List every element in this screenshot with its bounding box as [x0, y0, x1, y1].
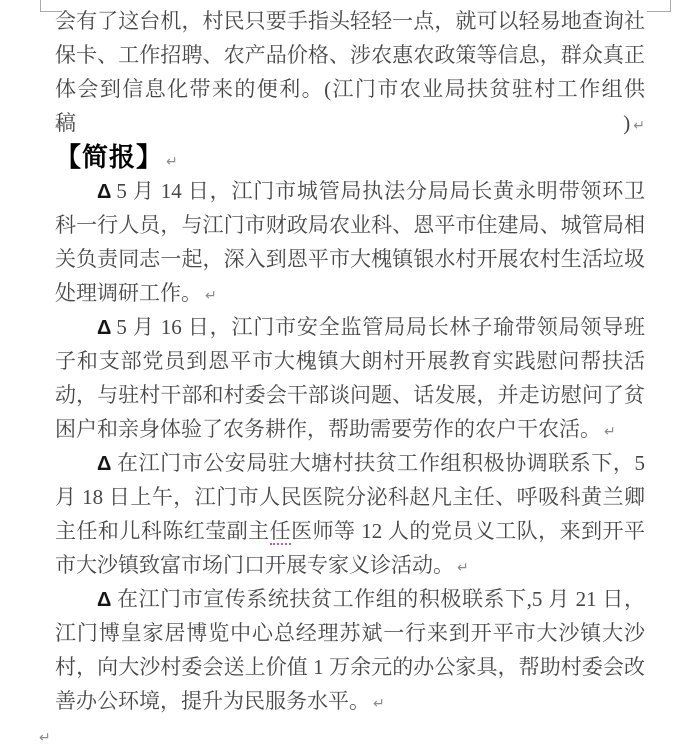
body-text: 会有了这台机，村民只要手指头轻轻一点，就可以轻易地查询社 [55, 9, 645, 33]
delta-bullet-icon: Δ [97, 589, 111, 611]
body-line: 村，向大沙村委会送上价值 1 万余元的办公家具，帮助村委会改 [55, 650, 645, 684]
body-text: 医师等 12 人的党员义工队，来到开平 [291, 519, 645, 543]
delta-bullet-icon: Δ [97, 317, 111, 339]
body-line: 江门博皇家居博览中心总经理苏斌一行来到开平市大沙镇大沙 [55, 616, 645, 650]
body-text: 善办公环境，提升为民服务水平。 [55, 689, 370, 713]
text-boundary-mark-top-left-vertical [40, 0, 41, 11]
body-text: 月 18 日上午，江门市人民医院分泌科赵凡主任、呼吸科黄兰卿 [55, 485, 645, 509]
paragraph-mark-icon: ↵ [457, 560, 469, 576]
body-line: 善办公环境，提升为民服务水平。↵ [55, 684, 645, 718]
body-line: 动，与驻村干部和村委会干部谈问题、话发展，并走访慰问了贫 [55, 378, 645, 412]
document-page: 会有了这台机，村民只要手指头轻轻一点，就可以轻易地查询社 保卡、工作招聘、农产品… [0, 0, 700, 753]
body-text: 子和支部党员到恩平市大槐镇大朗村开展教育实践慰问帮扶活 [55, 349, 645, 373]
body-line: 子和支部党员到恩平市大槐镇大朗村开展教育实践慰问帮扶活 [55, 344, 645, 378]
body-text: 在江门市公安局驻大塘村扶贫工作组积极协调联系下，5 [116, 451, 645, 475]
body-text: 动，与驻村干部和村委会干部谈问题、话发展，并走访慰问了贫 [55, 383, 645, 407]
body-line: 科一行人员，与江门市财政局农业科、恩平市住建局、城管局相 [55, 208, 645, 242]
body-text: 江门博皇家居博览中心总经理苏斌一行来到开平市大沙镇大沙 [55, 621, 645, 645]
paragraph-mark-icon: ↵ [55, 118, 67, 134]
body-line: Δ在江门市宣传系统扶贫工作组的积极联系下,5 月 21 日， [55, 582, 645, 616]
document-text-column: 会有了这台机，村民只要手指头轻轻一点，就可以轻易地查询社 保卡、工作招聘、农产品… [55, 4, 645, 752]
body-line: 会有了这台机，村民只要手指头轻轻一点，就可以轻易地查询社 [55, 4, 645, 38]
body-line: Δ5 月 16 日，江门市安全监管局局长林子瑜带领局领导班 [55, 310, 645, 344]
paragraph-mark-icon: ↵ [604, 424, 616, 440]
body-line: 体会到信息化带来的便利。(江门市农业局扶贫驻村工作组供稿)↵ [55, 72, 645, 106]
section-heading-line: 【简报】↵ [55, 140, 645, 174]
empty-paragraph-line: ↵ [55, 718, 645, 752]
body-text: 主任和儿科陈红莹副主 [55, 519, 270, 543]
body-line: 处理调研工作。↵ [55, 276, 645, 310]
body-text: 处理调研工作。 [55, 281, 202, 305]
body-line: 月 18 日上午，江门市人民医院分泌科赵凡主任、呼吸科黄兰卿 [55, 480, 645, 514]
body-text: 5 月 14 日，江门市城管局执法分局局长黄永明带领环卫 [116, 179, 645, 203]
body-text: 市大沙镇致富市场门口开展专家义诊活动。 [55, 553, 454, 577]
text-boundary-mark-top-right-horizontal [647, 11, 671, 12]
body-line: 关负责同志一起，深入到恩平市大槐镇银水村开展农村生活垃圾 [55, 242, 645, 276]
body-text: 保卡、工作招聘、农产品价格、涉农惠农政策等信息，群众真正 [55, 43, 645, 67]
body-text: 5 月 16 日，江门市安全监管局局长林子瑜带领局领导班 [116, 315, 645, 339]
body-line: Δ在江门市公安局驻大塘村扶贫工作组积极协调联系下，5 [55, 446, 645, 480]
text-boundary-mark-top-right-vertical [670, 0, 671, 11]
body-line: Δ5 月 14 日，江门市城管局执法分局局长黄永明带领环卫 [55, 174, 645, 208]
paragraph-mark-icon: ↵ [633, 118, 645, 134]
delta-bullet-icon: Δ [97, 181, 111, 203]
body-line: 困户和亲身体验了农务耕作，帮助需要劳作的农户干农活。↵ [55, 412, 645, 446]
body-line: 市大沙镇致富市场门口开展专家义诊活动。↵ [55, 548, 645, 582]
body-text: 体会到信息化带来的便利。(江门市农业局扶贫驻村工作组供稿) [55, 77, 645, 135]
body-text: 在江门市宣传系统扶贫工作组的积极联系下,5 月 21 日， [116, 587, 645, 611]
body-line: 主任和儿科陈红莹副主任医师等 12 人的党员义工队，来到开平 [55, 514, 645, 548]
body-text: 关负责同志一起，深入到恩平市大槐镇银水村开展农村生活垃圾 [55, 247, 645, 271]
body-text: 困户和亲身体验了农务耕作，帮助需要劳作的农户干农活。 [55, 417, 601, 441]
paragraph-mark-icon: ↵ [205, 288, 217, 304]
section-heading: 【简报】 [55, 142, 163, 172]
spellcheck-underlined-text: 任 [270, 519, 291, 545]
paragraph-mark-icon: ↵ [39, 730, 51, 746]
body-line: 保卡、工作招聘、农产品价格、涉农惠农政策等信息，群众真正 [55, 38, 645, 72]
paragraph-mark-icon: ↵ [373, 696, 385, 712]
paragraph-mark-icon: ↵ [166, 154, 178, 170]
delta-bullet-icon: Δ [97, 453, 111, 475]
body-text: 村，向大沙村委会送上价值 1 万余元的办公家具，帮助村委会改 [55, 655, 645, 679]
body-text: 科一行人员，与江门市财政局农业科、恩平市住建局、城管局相 [55, 213, 645, 237]
